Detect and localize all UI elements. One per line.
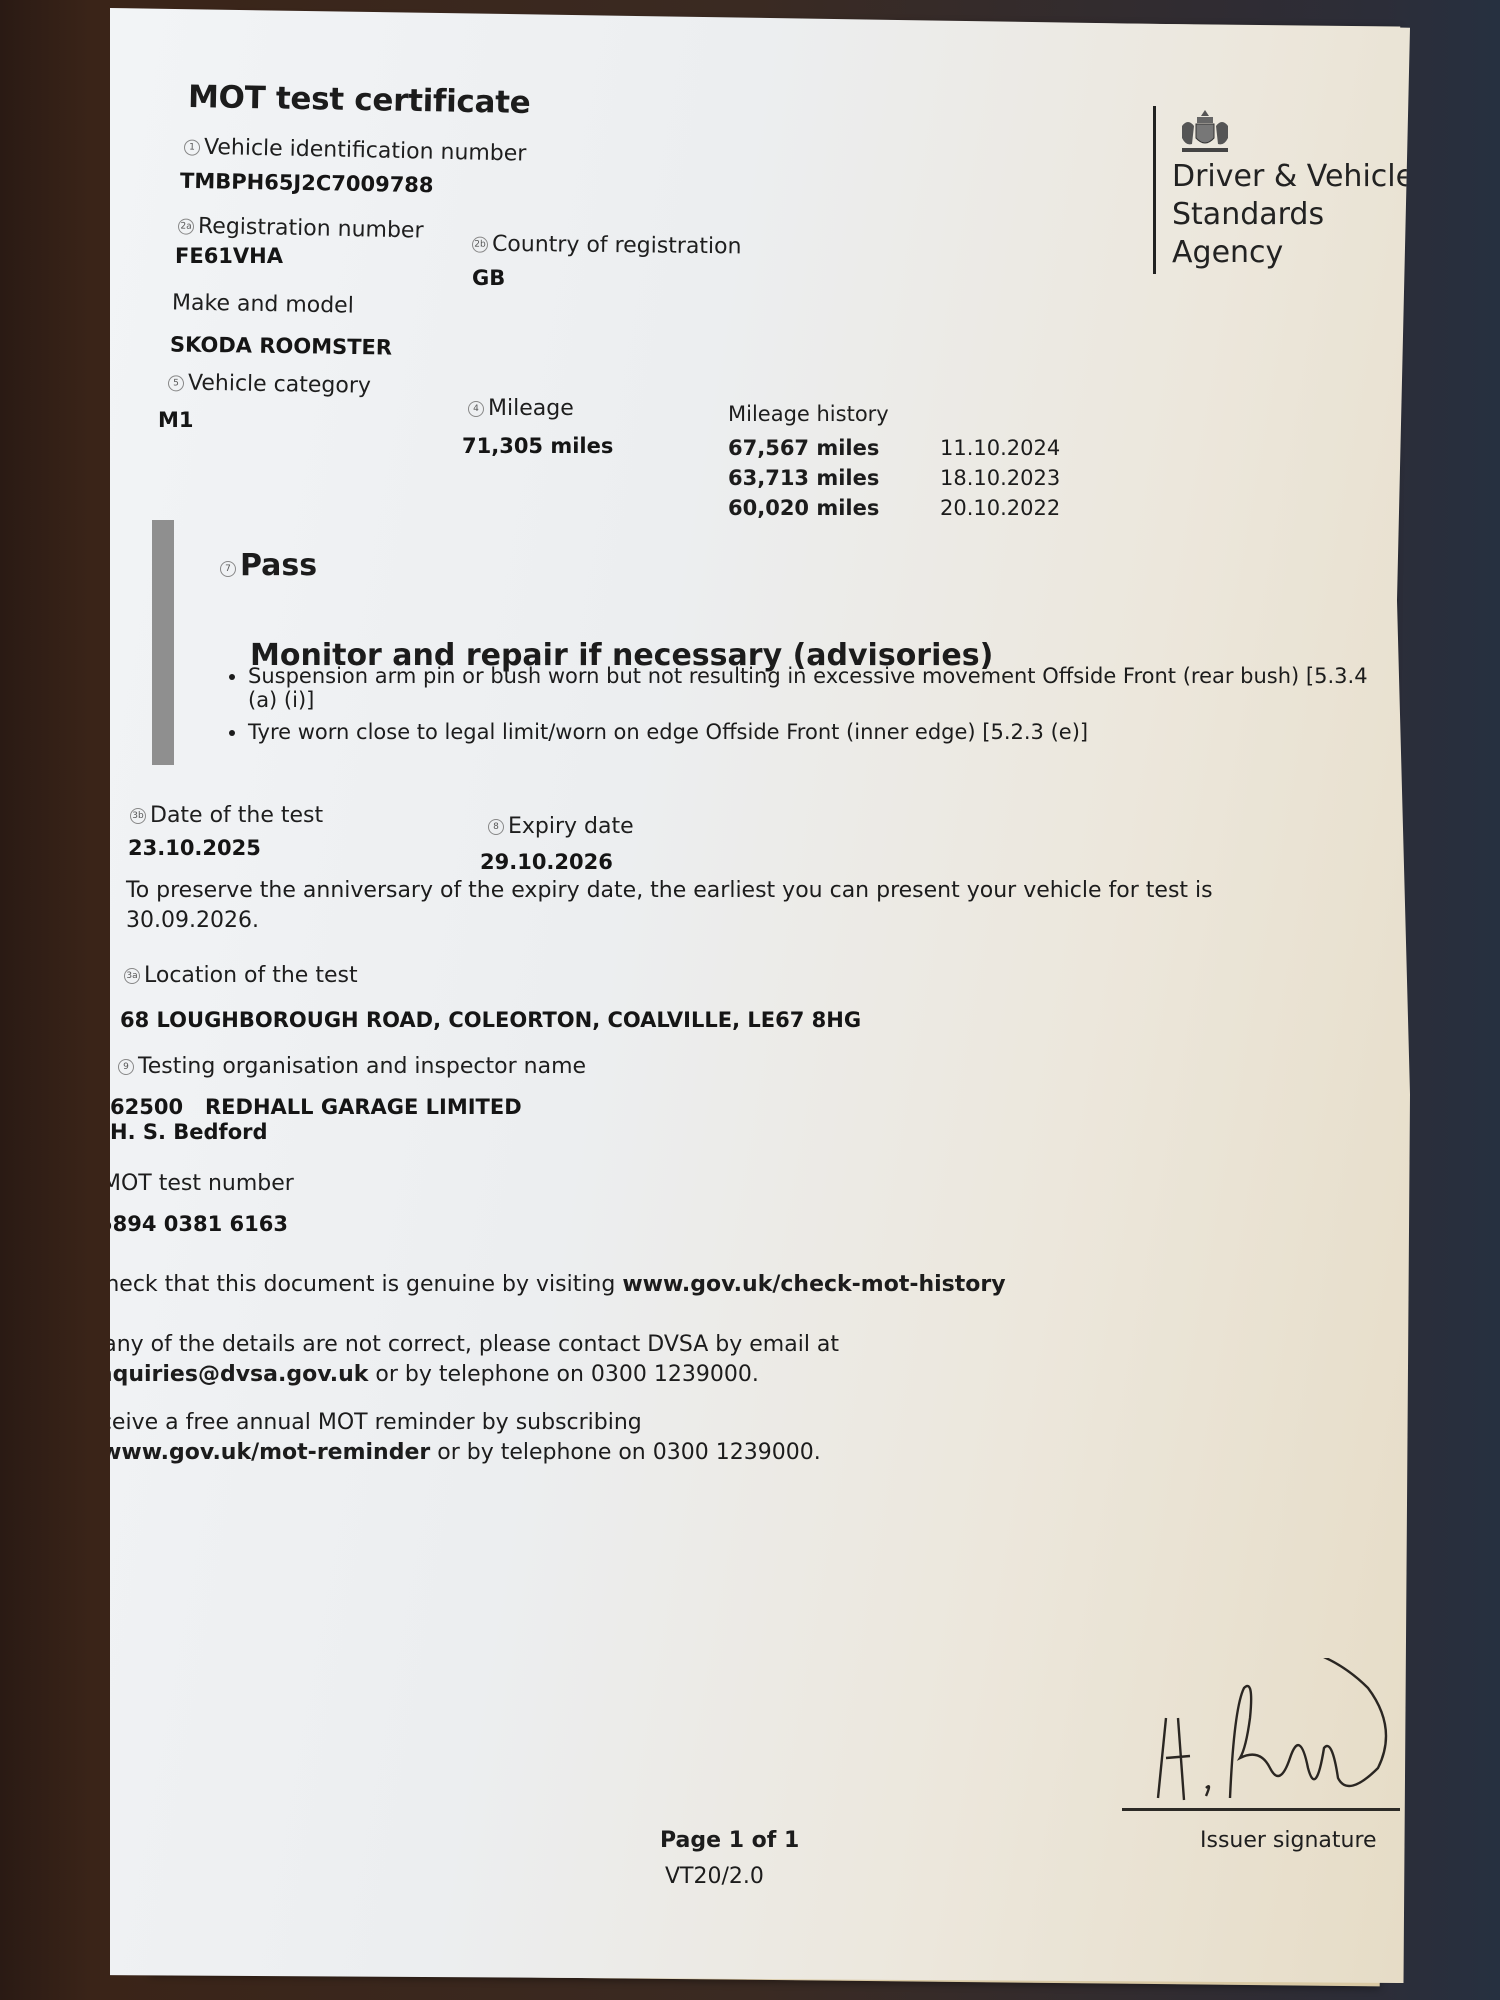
contact-text: If any of the details are not correct, p… bbox=[82, 1330, 839, 1390]
check-mot-history-link[interactable]: www.gov.uk/check-mot-history bbox=[622, 1272, 1005, 1297]
category-label: 5Vehicle category bbox=[168, 370, 371, 399]
dvsa-email-link[interactable]: enquiries@dvsa.gov.uk bbox=[82, 1362, 368, 1387]
location-value: 68 LOUGHBOROUGH ROAD, COLEORTON, COALVIL… bbox=[120, 1008, 861, 1032]
logo-divider bbox=[1153, 106, 1156, 274]
signature-line bbox=[1122, 1808, 1400, 1811]
history-miles: 63,713 miles bbox=[728, 466, 888, 490]
history-date: 11.10.2024 bbox=[940, 436, 1060, 460]
mileage-history-row: 63,713 miles18.10.2023 bbox=[728, 466, 1060, 490]
history-miles: 60,020 miles bbox=[728, 496, 888, 520]
form-code: VT20/2.0 bbox=[665, 1864, 764, 1889]
registration-label: 2aRegistration number bbox=[178, 213, 424, 243]
page-number: Page 1 of 1 bbox=[660, 1828, 799, 1853]
expiry-date-value: 29.10.2026 bbox=[480, 850, 613, 874]
result-highlight-bar bbox=[152, 520, 174, 765]
test-number-value: 5894 0381 6163 bbox=[98, 1212, 288, 1236]
advisories-list: Suspension arm pin or bush worn but not … bbox=[228, 664, 1368, 752]
vin-value: TMBPH65J2C7009788 bbox=[180, 169, 434, 197]
mileage-history: Mileage history 67,567 miles11.10.202463… bbox=[728, 402, 1060, 526]
mot-certificate-sheet: MOT test certificate Driver & Vehicle St… bbox=[110, 8, 1410, 1983]
test-date-value: 23.10.2025 bbox=[128, 836, 261, 860]
mileage-history-label: Mileage history bbox=[728, 402, 1060, 426]
history-miles: 67,567 miles bbox=[728, 436, 888, 460]
category-value: M1 bbox=[158, 408, 194, 432]
handwritten-signature-icon bbox=[1118, 1658, 1438, 1828]
history-date: 20.10.2022 bbox=[940, 496, 1060, 520]
make-model-label: Make and model bbox=[172, 290, 354, 318]
country-value: GB bbox=[472, 266, 505, 290]
registration-value: FE61VHA bbox=[175, 244, 283, 268]
mot-reminder-link[interactable]: www.gov.uk/mot-reminder bbox=[101, 1440, 430, 1465]
test-number-label: MOT test number bbox=[102, 1171, 294, 1196]
mileage-history-row: 67,567 miles11.10.2024 bbox=[728, 436, 1060, 460]
make-model-value: SKODA ROOMSTER bbox=[170, 332, 392, 359]
advisory-item: Suspension arm pin or bush worn but not … bbox=[248, 664, 1368, 712]
organisation-label: 9Testing organisation and inspector name bbox=[118, 1054, 586, 1079]
agency-name: Driver & Vehicle Standards Agency bbox=[1172, 158, 1414, 272]
mileage-label: 4Mileage bbox=[468, 396, 574, 421]
test-date-label: 3bDate of the test bbox=[130, 803, 323, 828]
reminder-text: Receive a free annual MOT reminder by su… bbox=[72, 1408, 821, 1468]
genuine-check-text: Check that this document is genuine by v… bbox=[90, 1270, 1006, 1300]
country-label: 2bCountry of registration bbox=[472, 232, 742, 260]
organisation-value: 62500 REDHALL GARAGE LIMITED bbox=[110, 1095, 522, 1119]
anniversary-note: To preserve the anniversary of the expir… bbox=[126, 876, 1256, 936]
vin-label: 1Vehicle identification number bbox=[184, 134, 527, 166]
royal-crest-icon bbox=[1174, 108, 1236, 156]
history-date: 18.10.2023 bbox=[940, 466, 1060, 490]
issuer-signature-label: Issuer signature bbox=[1200, 1828, 1377, 1853]
expiry-date-label: 8Expiry date bbox=[488, 814, 634, 839]
location-label: 3aLocation of the test bbox=[124, 963, 358, 988]
test-result: 7Pass bbox=[220, 548, 317, 583]
advisory-item: Tyre worn close to legal limit/worn on e… bbox=[248, 720, 1368, 744]
inspector-name: H. S. Bedford bbox=[110, 1120, 268, 1144]
mileage-value: 71,305 miles bbox=[462, 434, 613, 458]
mileage-history-row: 60,020 miles20.10.2022 bbox=[728, 496, 1060, 520]
document-title: MOT test certificate bbox=[188, 79, 531, 121]
